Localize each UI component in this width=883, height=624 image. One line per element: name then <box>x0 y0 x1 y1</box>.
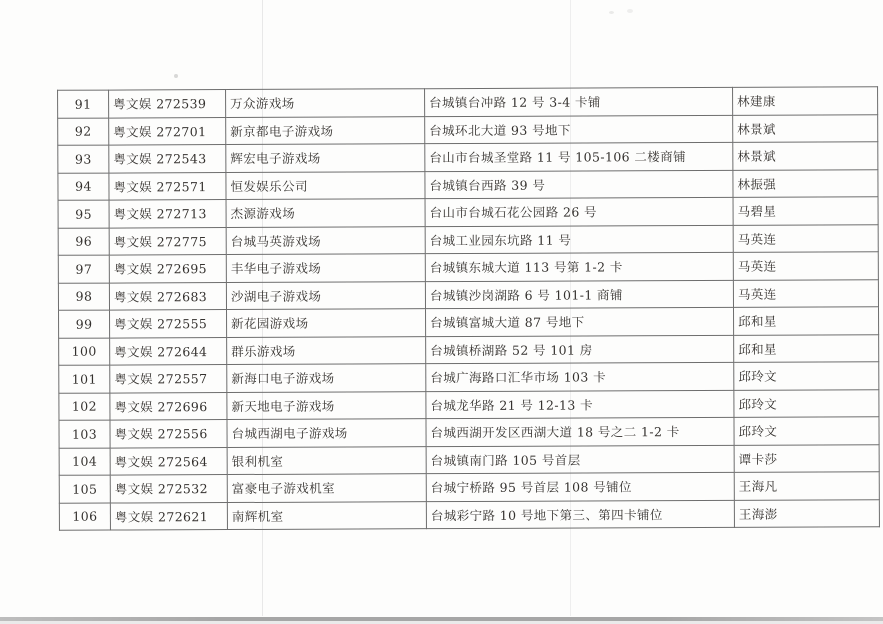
license-number: 粤文娱 272775 <box>109 227 226 255</box>
row-number: 106 <box>59 503 110 531</box>
table-row: 105粤文娱 272532富豪电子游戏机室台城宁桥路 95 号首层 108 号铺… <box>59 472 879 503</box>
person-name: 林景斌 <box>733 114 878 142</box>
row-number: 100 <box>59 338 110 366</box>
venue-address: 台城环北大道 93 号地下 <box>425 115 733 144</box>
venue-name: 台城马英游戏场 <box>226 226 425 254</box>
table-row: 106粤文娱 272621南辉机室台城彩宁路 10 号地下第三、第四卡铺位王海澎 <box>59 499 879 530</box>
venue-name: 新花园游戏场 <box>227 309 426 337</box>
venue-address: 台城镇台西路 39 号 <box>425 170 733 199</box>
row-number: 93 <box>58 145 109 173</box>
table-row: 102粤文娱 272696新天地电子游戏场台城龙华路 21 号 12-13 卡邱… <box>59 389 879 420</box>
row-number: 95 <box>58 200 109 228</box>
table-row: 99粤文娱 272555新花园游戏场台城镇富城大道 87 号地下邱和星 <box>59 307 879 338</box>
scan-speck <box>174 74 178 78</box>
row-number: 98 <box>58 283 109 311</box>
person-name: 邱玲文 <box>734 362 879 390</box>
table-row: 100粤文娱 272644群乐游戏场台城镇桥湖路 52 号 101 房邱和星 <box>59 334 879 365</box>
row-number: 102 <box>59 393 110 421</box>
venue-address: 台城镇东城大道 113 号第 1-2 卡 <box>425 252 733 281</box>
license-number: 粤文娱 272713 <box>109 200 226 228</box>
person-name: 王海凡 <box>734 472 879 500</box>
person-name: 邱玲文 <box>734 417 879 445</box>
person-name: 马英连 <box>733 224 878 252</box>
venue-name: 银利机室 <box>227 446 426 474</box>
venue-address: 台山市台城圣堂路 11 号 105-106 二楼商铺 <box>425 142 733 171</box>
venue-name: 新天地电子游戏场 <box>227 391 426 419</box>
row-number: 101 <box>59 365 110 393</box>
table-row: 91粤文娱 272539万众游戏场台城镇台冲路 12 号 3-4 卡铺林建康 <box>58 87 878 118</box>
row-number: 94 <box>58 173 109 201</box>
table-row: 92粤文娱 272701新京都电子游戏场台城环北大道 93 号地下林景斌 <box>58 114 878 145</box>
venue-address: 台城镇富城大道 87 号地下 <box>426 307 734 336</box>
license-number: 粤文娱 272695 <box>109 255 226 283</box>
venue-address: 台山市台城石花公园路 26 号 <box>425 197 733 226</box>
venue-name: 富豪电子游戏机室 <box>227 474 426 502</box>
license-number: 粤文娱 272543 <box>109 145 226 173</box>
license-table: 91粤文娱 272539万众游戏场台城镇台冲路 12 号 3-4 卡铺林建康92… <box>57 86 880 531</box>
person-name: 邱和星 <box>733 307 878 335</box>
license-number: 粤文娱 272539 <box>109 90 226 118</box>
row-number: 99 <box>59 310 110 338</box>
venue-address: 台城广海路口汇华市场 103 卡 <box>426 362 734 391</box>
venue-address: 台城镇桥湖路 52 号 101 房 <box>426 335 734 364</box>
venue-name: 丰华电子游戏场 <box>226 254 425 282</box>
table-row: 96粤文娱 272775台城马英游戏场台城工业园东坑路 11 号马英连 <box>58 224 878 255</box>
license-number: 粤文娱 272701 <box>109 117 226 145</box>
row-number: 104 <box>59 448 110 476</box>
venue-name: 群乐游戏场 <box>227 336 426 364</box>
person-name: 谭卡莎 <box>734 444 879 472</box>
table-row: 93粤文娱 272543辉宏电子游戏场台山市台城圣堂路 11 号 105-106… <box>58 142 878 173</box>
venue-address: 台城西湖开发区西湖大道 18 号之二 1-2 卡 <box>426 417 734 446</box>
person-name: 马碧星 <box>733 197 878 225</box>
scan-speck <box>609 11 614 14</box>
venue-address: 台城工业园东坑路 11 号 <box>425 225 733 254</box>
table-row: 103粤文娱 272556台城西湖电子游戏场台城西湖开发区西湖大道 18 号之二… <box>59 417 879 448</box>
person-name: 邱玲文 <box>734 389 879 417</box>
row-number: 92 <box>58 118 109 146</box>
license-number: 粤文娱 272683 <box>109 282 226 310</box>
table-row: 104粤文娱 272564银利机室台城镇南门路 105 号首层谭卡莎 <box>59 444 879 475</box>
venue-name: 新京都电子游戏场 <box>226 116 425 144</box>
venue-address: 台城龙华路 21 号 12-13 卡 <box>426 390 734 419</box>
table-row: 98粤文娱 272683沙湖电子游戏场台城镇沙岗湖路 6 号 101-1 商铺马… <box>58 279 878 310</box>
table-row: 95粤文娱 272713杰源游戏场台山市台城石花公园路 26 号马碧星 <box>58 197 878 228</box>
table-row: 97粤文娱 272695丰华电子游戏场台城镇东城大道 113 号第 1-2 卡马… <box>58 252 878 283</box>
license-number: 粤文娱 272555 <box>110 310 227 338</box>
venue-name: 辉宏电子游戏场 <box>226 144 425 172</box>
license-number: 粤文娱 272556 <box>110 420 227 448</box>
person-name: 邱和星 <box>734 334 879 362</box>
row-number: 103 <box>59 420 110 448</box>
license-number: 粤文娱 272571 <box>109 172 226 200</box>
row-number: 91 <box>58 90 109 118</box>
license-number: 粤文娱 272644 <box>110 337 227 365</box>
venue-name: 万众游戏场 <box>226 89 425 117</box>
venue-name: 新海口电子游戏场 <box>227 364 426 392</box>
venue-address: 台城镇南门路 105 号首层 <box>426 445 734 474</box>
venue-address: 台城宁桥路 95 号首层 108 号铺位 <box>426 472 734 501</box>
venue-name: 南辉机室 <box>227 501 426 529</box>
person-name: 马英连 <box>733 279 878 307</box>
row-number: 97 <box>58 255 109 283</box>
venue-name: 杰源游戏场 <box>226 199 425 227</box>
license-number: 粤文娱 272532 <box>110 475 227 503</box>
license-number: 粤文娱 272621 <box>110 502 227 530</box>
table-row: 101粤文娱 272557新海口电子游戏场台城广海路口汇华市场 103 卡邱玲文 <box>59 362 879 393</box>
person-name: 王海澎 <box>734 499 879 527</box>
scanned-paper-sheet: 91粤文娱 272539万众游戏场台城镇台冲路 12 号 3-4 卡铺林建康92… <box>0 0 883 624</box>
scan-speck <box>627 9 633 13</box>
person-name: 马英连 <box>733 252 878 280</box>
person-name: 林振强 <box>733 169 878 197</box>
license-number: 粤文娱 272696 <box>110 392 227 420</box>
person-name: 林景斌 <box>733 142 878 170</box>
venue-name: 恒发娱乐公司 <box>226 171 425 199</box>
venue-address: 台城镇沙岗湖路 6 号 101-1 商铺 <box>425 280 733 309</box>
venue-address: 台城镇台冲路 12 号 3-4 卡铺 <box>425 87 733 116</box>
venue-name: 沙湖电子游戏场 <box>226 281 425 309</box>
person-name: 林建康 <box>733 87 878 115</box>
license-number: 粤文娱 272557 <box>110 365 227 393</box>
license-number: 粤文娱 272564 <box>110 447 227 475</box>
table-row: 94粤文娱 272571恒发娱乐公司台城镇台西路 39 号林振强 <box>58 169 878 200</box>
venue-address: 台城彩宁路 10 号地下第三、第四卡铺位 <box>426 500 734 529</box>
row-number: 96 <box>58 228 109 256</box>
venue-name: 台城西湖电子游戏场 <box>227 419 426 447</box>
row-number: 105 <box>59 475 110 503</box>
license-table-body: 91粤文娱 272539万众游戏场台城镇台冲路 12 号 3-4 卡铺林建康92… <box>58 87 880 531</box>
